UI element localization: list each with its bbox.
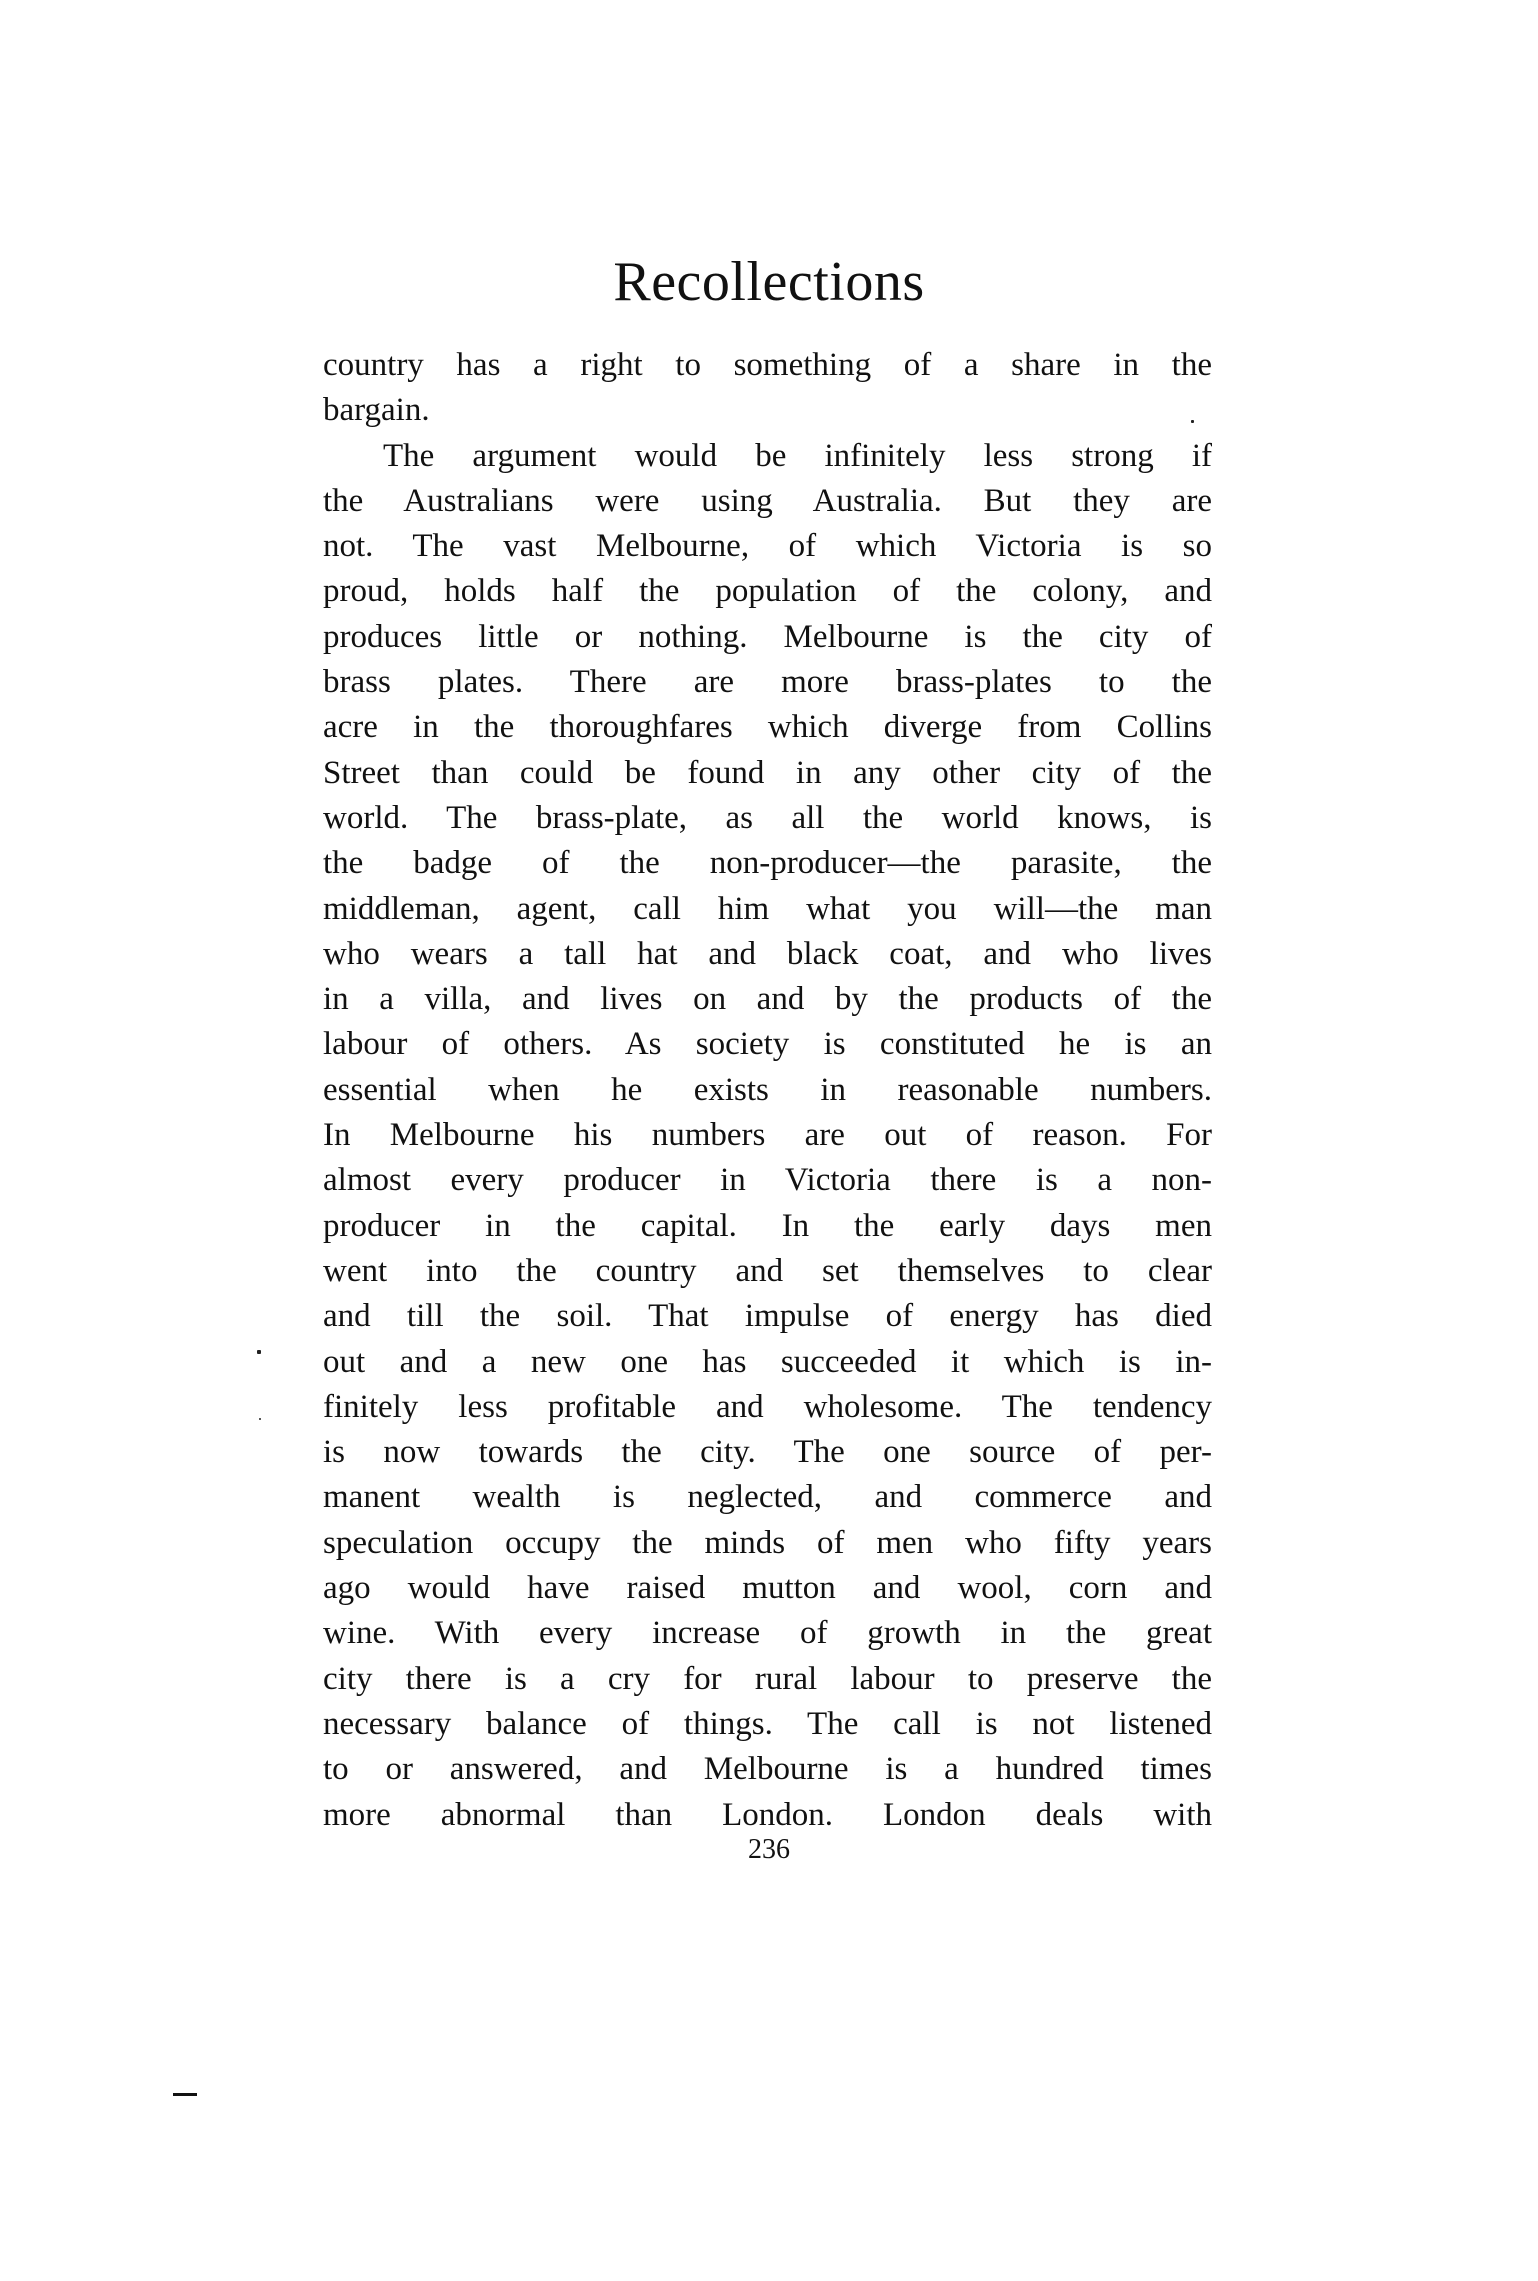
body-text: country has a right to something of a sh… bbox=[323, 343, 1212, 1838]
text-line-content: The argument would be infinitely less st… bbox=[383, 434, 1212, 479]
text-line: who wears a tall hat and black coat, and… bbox=[323, 932, 1212, 977]
text-line: city there is a cry for rural labour to … bbox=[323, 1657, 1212, 1702]
text-line: labour of others. As society is constitu… bbox=[323, 1022, 1212, 1067]
text-line: produces little or nothing. Melbourne is… bbox=[323, 615, 1212, 660]
text-line-content: necessary balance of things. The call is… bbox=[323, 1702, 1212, 1747]
text-line: necessary balance of things. The call is… bbox=[323, 1702, 1212, 1747]
text-line: is now towards the city. The one source … bbox=[323, 1430, 1212, 1475]
text-line-content: world. The brass-plate, as all the world… bbox=[323, 796, 1212, 841]
text-line: bargain. bbox=[323, 388, 1212, 433]
text-line-content: more abnormal than London. London deals … bbox=[323, 1793, 1212, 1838]
text-line-content: In Melbourne his numbers are out of reas… bbox=[323, 1113, 1212, 1158]
text-line-content: country has a right to something of a sh… bbox=[323, 343, 1212, 388]
text-line-content: in a villa, and lives on and by the prod… bbox=[323, 977, 1212, 1022]
text-line: world. The brass-plate, as all the world… bbox=[323, 796, 1212, 841]
text-line: essential when he exists in reasonable n… bbox=[323, 1068, 1212, 1113]
text-line: proud, holds half the population of the … bbox=[323, 569, 1212, 614]
text-line-content: and till the soil. That impulse of energ… bbox=[323, 1294, 1212, 1339]
scan-speck bbox=[259, 1418, 261, 1420]
text-line-content: acre in the thoroughfares which diverge … bbox=[323, 705, 1212, 750]
text-line-content: is now towards the city. The one source … bbox=[323, 1430, 1212, 1475]
running-head: Recollections bbox=[0, 250, 1538, 314]
page-number: 236 bbox=[0, 1832, 1538, 1868]
text-line: acre in the thoroughfares which diverge … bbox=[323, 705, 1212, 750]
text-line: wine. With every increase of growth in t… bbox=[323, 1611, 1212, 1656]
text-line-content: who wears a tall hat and black coat, and… bbox=[323, 932, 1212, 977]
text-line-content: not. The vast Melbourne, of which Victor… bbox=[323, 524, 1212, 569]
text-line: the Australians were using Australia. Bu… bbox=[323, 479, 1212, 524]
text-line-content: out and a new one has succeeded it which… bbox=[323, 1340, 1212, 1385]
text-line: to or answered, and Melbourne is a hundr… bbox=[323, 1747, 1212, 1792]
text-line-content: manent wealth is neglected, and commerce… bbox=[323, 1475, 1212, 1520]
text-line-content: wine. With every increase of growth in t… bbox=[323, 1611, 1212, 1656]
text-line: brass plates. There are more brass-plate… bbox=[323, 660, 1212, 705]
text-line-content: bargain. bbox=[323, 388, 1212, 433]
text-line: country has a right to something of a sh… bbox=[323, 343, 1212, 388]
text-line-content: Street than could be found in any other … bbox=[323, 751, 1212, 796]
text-line-content: went into the country and set themselves… bbox=[323, 1249, 1212, 1294]
text-line: ago would have raised mutton and wool, c… bbox=[323, 1566, 1212, 1611]
margin-dash-mark bbox=[173, 2093, 197, 2096]
text-line: went into the country and set themselves… bbox=[323, 1249, 1212, 1294]
text-line: almost every producer in Victoria there … bbox=[323, 1158, 1212, 1203]
text-line: producer in the capital. In the early da… bbox=[323, 1204, 1212, 1249]
text-line: out and a new one has succeeded it which… bbox=[323, 1340, 1212, 1385]
text-line-content: brass plates. There are more brass-plate… bbox=[323, 660, 1212, 705]
text-line: more abnormal than London. London deals … bbox=[323, 1793, 1212, 1838]
text-line-content: ago would have raised mutton and wool, c… bbox=[323, 1566, 1212, 1611]
text-line-content: city there is a cry for rural labour to … bbox=[323, 1657, 1212, 1702]
text-line: Street than could be found in any other … bbox=[323, 751, 1212, 796]
book-page: Recollections country has a right to som… bbox=[0, 0, 1538, 2281]
text-line-content: the Australians were using Australia. Bu… bbox=[323, 479, 1212, 524]
text-line-content: speculation occupy the minds of men who … bbox=[323, 1521, 1212, 1566]
text-line-content: proud, holds half the population of the … bbox=[323, 569, 1212, 614]
text-line-content: the badge of the non-producer—the parasi… bbox=[323, 841, 1212, 886]
text-line-content: produces little or nothing. Melbourne is… bbox=[323, 615, 1212, 660]
text-line-content: middleman, agent, call him what you will… bbox=[323, 887, 1212, 932]
text-line: The argument would be infinitely less st… bbox=[323, 434, 1212, 479]
text-line-content: producer in the capital. In the early da… bbox=[323, 1204, 1212, 1249]
scan-speck bbox=[257, 1350, 261, 1354]
scan-speck bbox=[1191, 420, 1194, 423]
text-line: and till the soil. That impulse of energ… bbox=[323, 1294, 1212, 1339]
text-line-content: almost every producer in Victoria there … bbox=[323, 1158, 1212, 1203]
text-line-content: to or answered, and Melbourne is a hundr… bbox=[323, 1747, 1212, 1792]
text-line: speculation occupy the minds of men who … bbox=[323, 1521, 1212, 1566]
text-line: middleman, agent, call him what you will… bbox=[323, 887, 1212, 932]
text-line: in a villa, and lives on and by the prod… bbox=[323, 977, 1212, 1022]
text-line-content: finitely less profitable and wholesome. … bbox=[323, 1385, 1212, 1430]
text-line-content: labour of others. As society is constitu… bbox=[323, 1022, 1212, 1067]
text-line: In Melbourne his numbers are out of reas… bbox=[323, 1113, 1212, 1158]
text-line: finitely less profitable and wholesome. … bbox=[323, 1385, 1212, 1430]
text-line: the badge of the non-producer—the parasi… bbox=[323, 841, 1212, 886]
text-line: manent wealth is neglected, and commerce… bbox=[323, 1475, 1212, 1520]
text-line-content: essential when he exists in reasonable n… bbox=[323, 1068, 1212, 1113]
text-line: not. The vast Melbourne, of which Victor… bbox=[323, 524, 1212, 569]
